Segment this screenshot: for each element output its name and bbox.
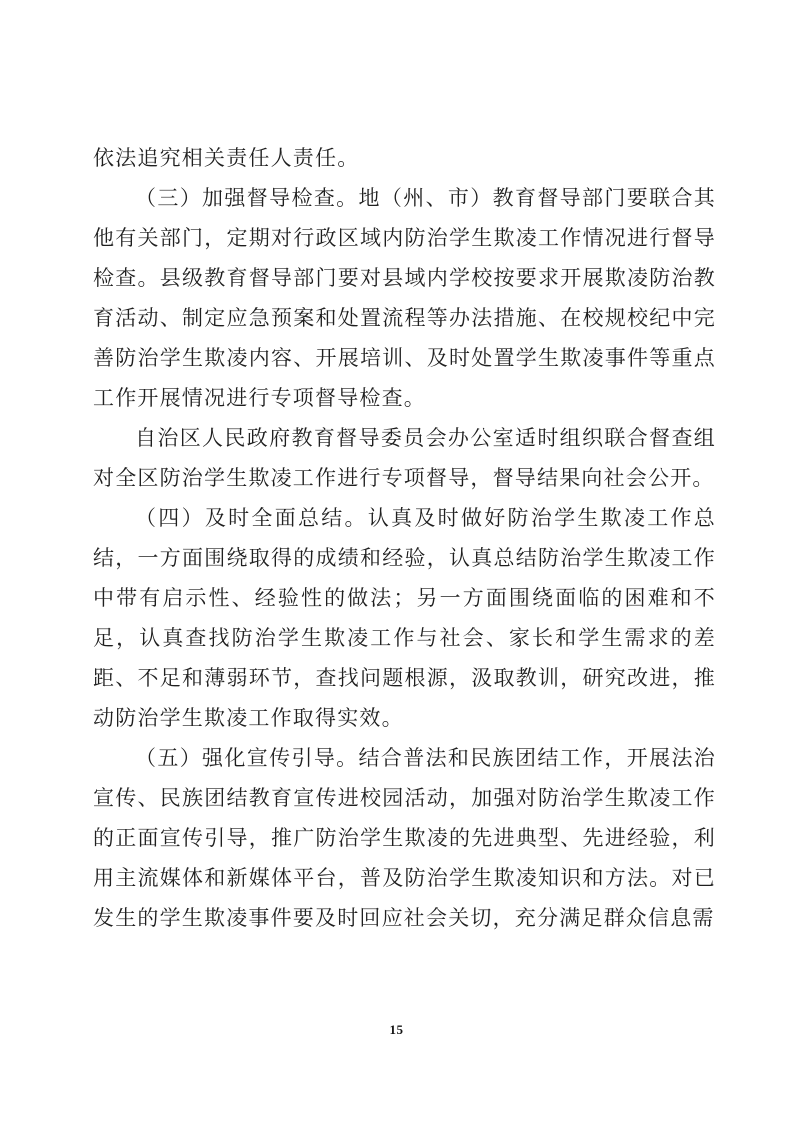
document-body: 依法追究相关责任人责任。 （三）加强督导检查。地（州、市）教育督导部门要联合其他… [93,138,716,938]
paragraph-section-5: （五）强化宣传引导。结合普法和民族团结工作，开展法治宣传、民族团结教育宣传进校园… [93,738,716,938]
document-page: 依法追究相关责任人责任。 （三）加强督导检查。地（州、市）教育督导部门要联合其他… [0,0,793,1122]
page-number: 15 [0,1022,793,1038]
paragraph-supervision-office: 自治区人民政府教育督导委员会办公室适时组织联合督查组对全区防治学生欺凌工作进行专… [93,418,716,498]
paragraph-section-4: （四）及时全面总结。认真及时做好防治学生欺凌工作总结，一方面围绕取得的成绩和经验… [93,498,716,738]
paragraph-section-3: （三）加强督导检查。地（州、市）教育督导部门要联合其他有关部门，定期对行政区域内… [93,178,716,418]
paragraph-continuation: 依法追究相关责任人责任。 [93,138,716,178]
